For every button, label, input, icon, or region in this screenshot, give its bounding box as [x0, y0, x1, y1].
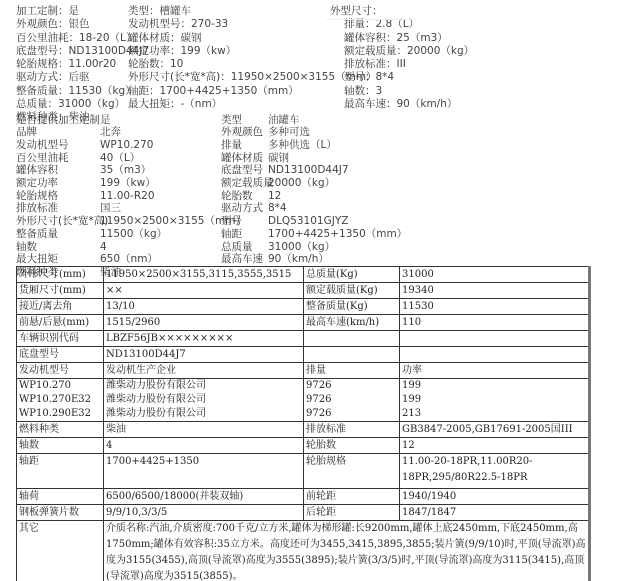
table-cell: 接近/离去角 — [17, 299, 104, 315]
table-row: 底盘型号ND13100D44J7 — [17, 347, 590, 363]
spec-value: 11.00-R20 — [100, 190, 155, 203]
table-row: 发动机型号发动机生产企业排量功率 — [17, 363, 590, 379]
spec-label: 发动机型号 — [16, 139, 69, 152]
info-line: 发动机型号：270-33 — [128, 18, 377, 31]
spec-value: 碳钢 — [268, 152, 289, 165]
info-line: 排放标准：III — [344, 58, 474, 71]
table-cell: 轮胎数 — [304, 438, 400, 454]
dimensions-header: 外型尺寸： — [330, 5, 383, 18]
table-cell: 前悬/后悬(mm) — [17, 315, 104, 331]
table-row: 燃料种类柴油排放标准GB3847-2005,GB17691-2005国III — [17, 422, 590, 438]
divider — [326, 19, 416, 20]
table-cell: 排量 — [304, 363, 400, 379]
info-line: 轴数：3 — [344, 85, 474, 98]
info-line: 最大扭矩：-（nm） — [128, 98, 377, 111]
spec-label: 型号 — [221, 215, 242, 228]
table-cell: 199 — [400, 379, 590, 394]
spec-label: 最大扭矩 — [16, 253, 58, 266]
info-label: 整备质量： — [16, 85, 69, 97]
info-line: 罐体材质：碳钢 — [128, 32, 377, 45]
info-label: 底盘型号： — [16, 45, 69, 57]
spec-value: 12 — [268, 190, 281, 203]
spec-label: 外形尺寸(长*宽*高) — [16, 215, 108, 228]
table-cell: 12 — [400, 438, 590, 454]
info-line: 轮胎数：10 — [128, 58, 377, 71]
table-cell — [400, 347, 590, 363]
spec-value: 国三 — [100, 202, 121, 215]
table-cell: 11530 — [400, 299, 590, 315]
info-label: 外观颜色： — [16, 18, 69, 30]
table-cell: 轴距 — [17, 454, 104, 489]
info-value: 是 — [69, 5, 80, 17]
info-label: 发动机型号： — [128, 18, 191, 30]
table-cell: 110 — [400, 315, 590, 331]
table-cell: 1515/2960 — [104, 315, 304, 331]
table-cell: 外形尺寸(mm) — [17, 267, 104, 283]
info-line: 型号：8*4 — [344, 71, 474, 84]
table-row: 轴数4轮胎数12 — [17, 438, 590, 454]
table-cell: ×× — [104, 283, 304, 299]
spec-label: 轴数 — [16, 241, 37, 254]
spec-label: 排量 — [221, 139, 242, 152]
info-line: 罐体容积：25（m3） — [344, 32, 474, 45]
info-label: 加工定制： — [16, 5, 69, 17]
info-value: 11530（kg） — [69, 85, 136, 97]
table-cell: LBZF56JB××××××××× — [104, 331, 304, 347]
info-label: 总质量： — [16, 98, 58, 110]
table-cell: WP10.290E32 — [17, 407, 104, 422]
spec-label: 排放标准 — [16, 202, 58, 215]
table-cell: 9726 — [304, 379, 400, 394]
basic-info-col3: 排量：2.8（L）罐体容积：25（m3）额定载质量：20000（kg）排放标准：… — [344, 18, 474, 111]
spec-label: 类型 — [221, 114, 242, 127]
spec-value: WP10.270 — [100, 139, 153, 152]
info-label: 轮胎规格： — [16, 58, 69, 70]
info-value: 槽罐车 — [160, 5, 192, 17]
spec-label: 额定功率 — [16, 177, 58, 190]
info-value: 90（km/h） — [397, 98, 458, 110]
table-cell: 潍柴动力股份有限公司 — [104, 407, 304, 422]
info-line: 外形尺寸(长*宽*高)：11950×2500×3155（mm） — [128, 71, 377, 84]
spec-value: 35（m3） — [100, 164, 151, 177]
table-cell: 总质量(Kg) — [304, 267, 400, 283]
info-label: 额定功率： — [128, 45, 181, 57]
table-cell: 后轮距 — [304, 505, 400, 521]
engine-row: WP10.270E32潍柴动力股份有限公司9726199 — [17, 393, 590, 407]
info-value: III — [397, 58, 406, 70]
table-cell: 1847/1847 — [400, 505, 590, 521]
info-line: 最高车速：90（km/h） — [344, 98, 474, 111]
basic-info-col2: 类型：槽罐车发动机型号：270-33罐体材质：碳钢额定功率：199（kw）轮胎数… — [128, 5, 377, 111]
info-value: 270-33 — [191, 18, 228, 30]
table-cell: WP10.270 — [17, 379, 104, 394]
engine-row: WP10.270潍柴动力股份有限公司9726199 — [17, 379, 590, 394]
info-value: 25（m3） — [397, 32, 448, 44]
info-value: 8*4 — [376, 71, 395, 83]
info-value: -（nm） — [181, 98, 223, 110]
info-label: 排量： — [344, 18, 376, 30]
table-row: 货厢尺寸(mm)××额定载质量(Kg)19340 — [17, 283, 590, 299]
table-cell: 9726 — [304, 407, 400, 422]
spec-value: 31000（kg） — [268, 241, 335, 254]
info-label: 最大扭矩： — [128, 98, 181, 110]
table-row: 钢板弹簧片数9/9/10,3/3/5后轮距1847/1847 — [17, 505, 590, 521]
spec-table: 外形尺寸(mm)11950×2500×3155,3115,3555,3515总质… — [16, 266, 591, 581]
spec-label: 是否提供加工定制 — [16, 114, 100, 127]
info-value: 199（kw） — [181, 45, 237, 57]
spec-label: 驱动方式 — [221, 202, 263, 215]
table-cell: 前轮距 — [304, 489, 400, 505]
info-value: 3 — [376, 85, 383, 97]
table-cell — [400, 331, 590, 347]
spec-value: 90（km/h） — [268, 253, 329, 266]
spec-value: 8*4 — [268, 202, 287, 215]
info-value: 10 — [170, 58, 183, 70]
info-label: 外形尺寸(长*宽*高)： — [128, 71, 231, 83]
spec-value: 4 — [100, 241, 107, 254]
spec-label: 轮胎规格 — [16, 190, 58, 203]
table-cell: 6500/6500/18000(并装双轴) — [104, 489, 304, 505]
spec-value: 北奔 — [100, 126, 121, 139]
info-value: 1700+4425+1350（mm） — [160, 85, 299, 97]
info-value: 31000（kg） — [58, 98, 125, 110]
info-label: 排放标准： — [344, 58, 397, 70]
info-value: 银色 — [69, 18, 90, 30]
info-label: 轴数： — [344, 85, 376, 97]
spec-value: 11500（kg） — [100, 228, 167, 241]
table-cell: 213 — [400, 407, 590, 422]
info-line: 轴距：1700+4425+1350（mm） — [128, 85, 377, 98]
table-cell: 1700+4425+1350 — [104, 454, 304, 489]
table-row: 接近/离去角13/10整备质量(Kg)11530 — [17, 299, 590, 315]
table-cell: 钢板弹簧片数 — [17, 505, 104, 521]
table-cell: 车辆识别代码 — [17, 331, 104, 347]
info-line: 额定载质量：20000（kg） — [344, 45, 474, 58]
table-row: 前悬/后悬(mm)1515/2960最高车速(km/h)110 — [17, 315, 590, 331]
table-cell: 轮胎规格 — [304, 454, 400, 489]
table-row: 车辆识别代码LBZF56JB××××××××× — [17, 331, 590, 347]
table-cell: 199 — [400, 393, 590, 407]
table-cell: 9726 — [304, 393, 400, 407]
info-value: 2.8（L） — [376, 18, 420, 30]
table-cell: 发动机型号 — [17, 363, 104, 379]
table-cell: 潍柴动力股份有限公司 — [104, 393, 304, 407]
info-label: 驱动方式： — [16, 71, 69, 83]
table-cell: 11950×2500×3155,3115,3555,3515 — [104, 267, 304, 283]
table-cell: 19340 — [400, 283, 590, 299]
info-line: 排量：2.8（L） — [344, 18, 474, 31]
info-label: 型号： — [344, 71, 376, 83]
spec-value: 是 — [100, 114, 111, 127]
info-label: 罐体容积： — [344, 32, 397, 44]
table-cell — [304, 347, 400, 363]
info-label: 轴距： — [128, 85, 160, 97]
spec-label: 底盘型号 — [221, 164, 263, 177]
table-row: 外形尺寸(mm)11950×2500×3155,3115,3555,3515总质… — [17, 267, 590, 283]
table-cell: 11.00-20-18PR,11.00R20-18PR,295/80R22.5-… — [400, 454, 590, 489]
table-cell: 9/9/10,3/3/5 — [104, 505, 304, 521]
spec-label: 外观颜色 — [221, 126, 263, 139]
table-cell: 13/10 — [104, 299, 304, 315]
spec-label: 最高车速 — [221, 253, 263, 266]
spec-value: DLQ53101GJYZ — [268, 215, 348, 228]
spec-value: 650（nm） — [100, 253, 158, 266]
spec-value: 199（kw） — [100, 177, 156, 190]
table-cell: 额定载质量(Kg) — [304, 283, 400, 299]
table-cell: 最高车速(km/h) — [304, 315, 400, 331]
table-cell: 发动机生产企业 — [104, 363, 304, 379]
engine-row: WP10.290E32潍柴动力股份有限公司9726213 — [17, 407, 590, 422]
spec-label: 百公里油耗 — [16, 152, 69, 165]
spec-label: 额定载质量 — [221, 177, 274, 190]
table-cell: 31000 — [400, 267, 590, 283]
info-value: 后驱 — [69, 71, 90, 83]
spec-label: 品牌 — [16, 126, 37, 139]
info-label: 罐体材质： — [128, 32, 181, 44]
info-value: 20000（kg） — [407, 45, 474, 57]
table-cell: 轴数 — [17, 438, 104, 454]
info-label: 百公里油耗： — [16, 32, 79, 44]
table-cell: 轴荷 — [17, 489, 104, 505]
table-row-other: 其它介质名称:汽油,介质密度:700千克/立方米,罐体为梯形罐:长9200mm,… — [17, 521, 590, 581]
other-notes: 介质名称:汽油,介质密度:700千克/立方米,罐体为梯形罐:长9200mm,罐体… — [104, 521, 590, 581]
spec-label: 罐体材质 — [221, 152, 263, 165]
info-value: 碳钢 — [181, 32, 202, 44]
table-cell: WP10.270E32 — [17, 393, 104, 407]
spec-label: 轴距 — [221, 228, 242, 241]
info-value: 11.00r20 — [69, 58, 117, 70]
spec-value: 油罐车 — [268, 114, 300, 127]
info-label: 轮胎数： — [128, 58, 170, 70]
table-cell: 整备质量(Kg) — [304, 299, 400, 315]
table-cell: 1940/1940 — [400, 489, 590, 505]
spec-label: 轮胎数 — [221, 190, 253, 203]
table-cell: ND13100D44J7 — [104, 347, 304, 363]
table-cell: 燃料种类 — [17, 422, 104, 438]
spec-label: 罐体容积 — [16, 164, 58, 177]
table-cell: 排放标准 — [304, 422, 400, 438]
table-cell: GB3847-2005,GB17691-2005国III — [400, 422, 590, 438]
table-cell — [304, 331, 400, 347]
spec-value: 40（L） — [100, 152, 140, 165]
info-label: 类型： — [128, 5, 160, 17]
spec-value: 20000（kg） — [268, 177, 335, 190]
info-label: 最高车速： — [344, 98, 397, 110]
spec-value: 1700+4425+1350（mm） — [268, 228, 407, 241]
table-cell: 货厢尺寸(mm) — [17, 283, 104, 299]
spec-label: 总质量 — [221, 241, 253, 254]
spec-value: 多种可选 — [268, 126, 310, 139]
table-cell: 潍柴动力股份有限公司 — [104, 379, 304, 394]
table-cell: 功率 — [400, 363, 590, 379]
table-cell: 底盘型号 — [17, 347, 104, 363]
spec-label: 整备质量 — [16, 228, 58, 241]
spec-value: 多种供选（L） — [268, 139, 337, 152]
spec-value: ND13100D44J7 — [268, 164, 349, 177]
info-label: 额定载质量： — [344, 45, 407, 57]
table-row: 轴荷6500/6500/18000(并装双轴)前轮距1940/1940 — [17, 489, 590, 505]
table-cell-label: 其它 — [17, 521, 104, 581]
table-row: 轴距1700+4425+1350轮胎规格11.00-20-18PR,11.00R… — [17, 454, 590, 489]
table-cell: 4 — [104, 438, 304, 454]
info-line: 额定功率：199（kw） — [128, 45, 377, 58]
table-cell: 柴油 — [104, 422, 304, 438]
